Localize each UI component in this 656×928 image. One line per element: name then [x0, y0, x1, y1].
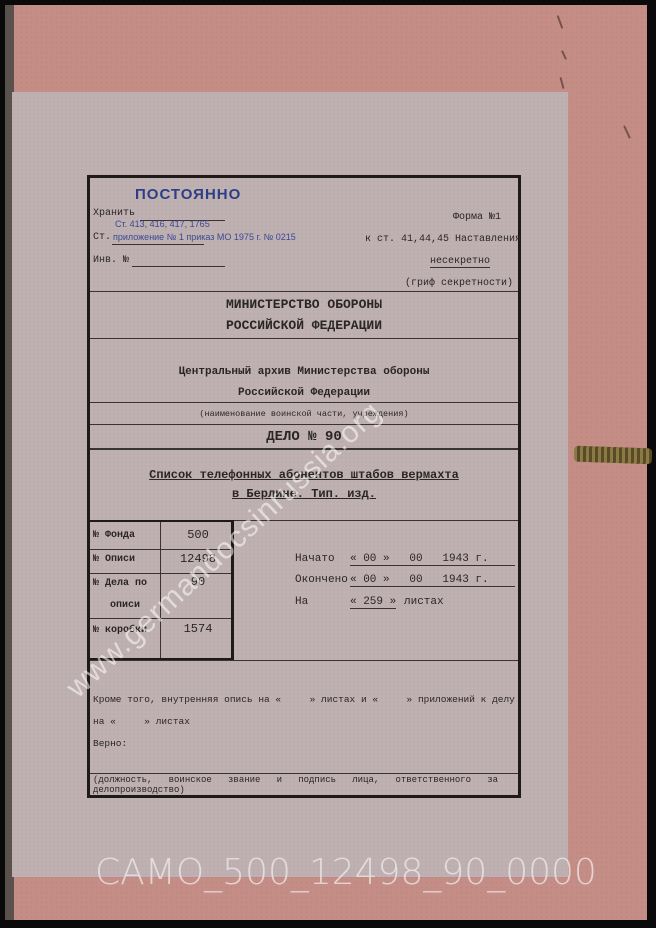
fond-label: № Фонда [93, 530, 135, 541]
opis-label: № Описи [93, 554, 135, 565]
article-value: приложение № 1 приказ МО 1975 г. № 0215 [113, 232, 296, 242]
folder-tie-string [574, 446, 653, 465]
scratch-mark [557, 15, 564, 29]
inventory-label: Инв. № [93, 255, 129, 266]
divider [90, 338, 518, 339]
article-label: Ст. [93, 232, 111, 243]
box-value: 1574 [162, 622, 234, 636]
unit-line-2: Российской Федерации [90, 387, 518, 399]
inventory-sheets-line: на « » листах [93, 716, 190, 727]
started-value: « 00 » 00 1943 г. [350, 553, 515, 566]
ministry-line-1: МИНИСТЕРСТВО ОБОРОНЫ [90, 297, 518, 312]
sheets-suffix: листах [404, 596, 444, 608]
permanent-stamp: ПОСТОЯННО [135, 186, 241, 203]
scratch-mark [561, 50, 567, 60]
internal-inventory-line: Кроме того, внутренняя опись на « » лист… [93, 694, 515, 705]
ministry-line-2: РОССИЙСКОЙ ФЕДЕРАЦИИ [90, 318, 518, 333]
divider [90, 402, 518, 403]
divider [90, 291, 518, 292]
signature-caption-1: (должность, воинское звание и подпись ли… [93, 775, 498, 785]
verified-label: Верно: [93, 738, 127, 749]
classification-caption: (гриф секретности) [405, 278, 513, 289]
article-underline [112, 244, 204, 245]
classification-value: несекретно [430, 256, 490, 268]
inventory-underline [132, 266, 225, 267]
scratch-mark [559, 77, 564, 89]
started-label: Начато [295, 553, 335, 565]
sheets-value: « 259 » [350, 596, 396, 609]
ended-value: « 00 » 00 1943 г. [350, 574, 515, 587]
unit-caption: (наименование воинской части, учреждения… [90, 409, 518, 419]
form-number: Форма №1 [453, 212, 501, 223]
delo-label: № Дела по [93, 578, 147, 589]
divider [90, 660, 518, 661]
scratch-mark [623, 125, 631, 139]
archive-file-code: CAMO_500_12498_90_0000 [95, 852, 597, 893]
ended-label: Окончено [295, 574, 348, 586]
instruction-reference: к ст. 41,44,45 Наставления [365, 234, 521, 245]
signature-line [90, 773, 518, 774]
divider [90, 448, 518, 450]
divider [90, 424, 518, 425]
keep-value: Ст. 413, 416, 417, 1765 [115, 219, 210, 229]
unit-line-1: Центральный архив Министерства обороны [90, 366, 518, 378]
signature-caption-2: делопроизводство) [93, 785, 185, 795]
keep-label: Хранить [93, 208, 135, 219]
sheets-label: На [295, 596, 308, 608]
case-title: ДЕЛО № 90 [90, 429, 518, 445]
